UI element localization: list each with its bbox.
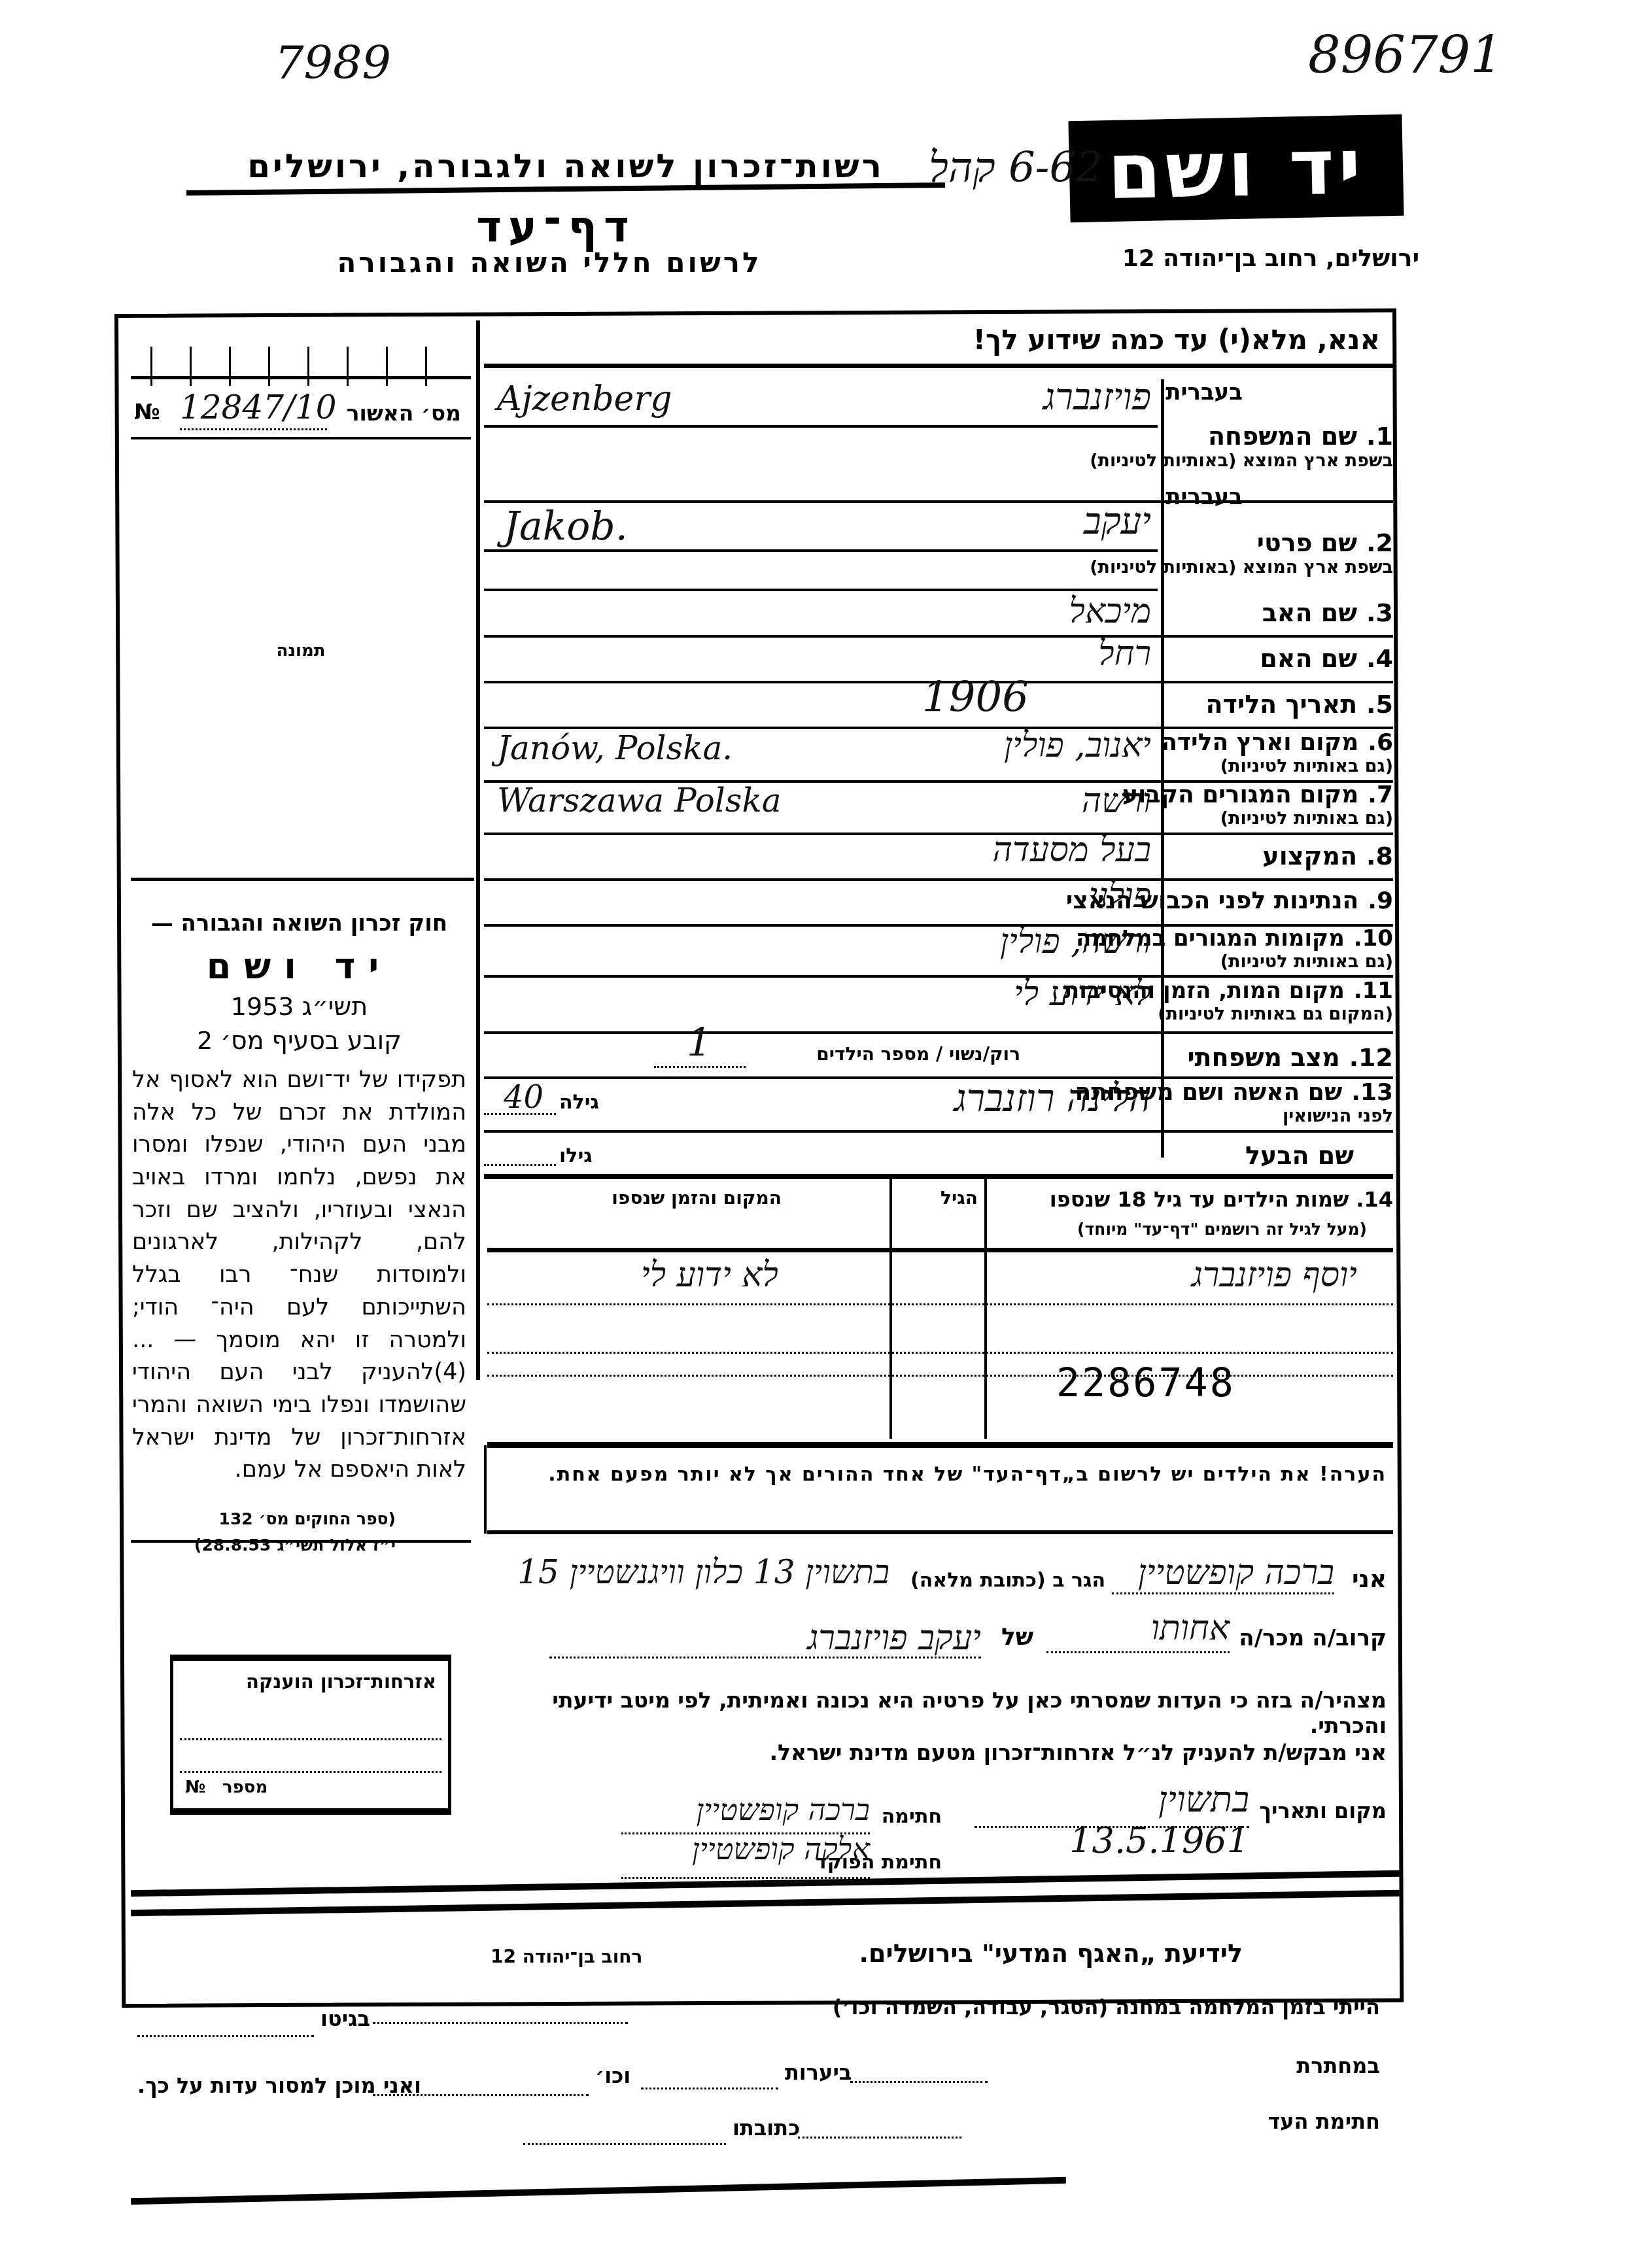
birth-place-latin-value[interactable]: Janów, Polska. — [497, 729, 733, 767]
number-symbol: № — [134, 399, 160, 424]
child-age[interactable] — [896, 1308, 981, 1347]
family-name-hebrew-value[interactable]: פויזנברג — [876, 376, 1151, 419]
ghetto-input[interactable] — [137, 2035, 314, 2037]
hebrew-label: בעברית — [1165, 379, 1243, 405]
info-line-2: במחתרת ביערות וכו׳ ואני מוכן למסור עדות … — [131, 2053, 1380, 2106]
children-header-place: המקום והזמן שנספו — [585, 1187, 782, 1209]
relation-value[interactable]: אחותו — [1046, 1609, 1230, 1648]
witness-signature-input[interactable] — [798, 2137, 961, 2139]
organization-name: רשות־זכרון לשואה ולגבורה, ירושלים — [186, 147, 945, 185]
camp-label: הייתי בזמן המלחמה במחנה (הסגר, עבודה, הש… — [833, 1995, 1380, 2019]
info-heading-row: לידיעת „האגף המדעי" בירושלים. רחוב בן־יה… — [458, 1939, 1243, 1978]
witness-signature-label: חתימת העד — [1268, 2109, 1380, 2134]
mother-name-value[interactable]: רחל — [876, 634, 1151, 674]
citizenship-request: אני מבקש/ת להעניק לנ״ל אזרחות־זכרון מטעם… — [497, 1740, 1387, 1765]
husband-age-label: גילו — [559, 1144, 593, 1167]
hebrew-label: בעברית — [1165, 484, 1243, 510]
law-body: תפקידו של יד־ושם הוא לאסוף אל המולדת את … — [124, 1064, 474, 1486]
divider — [476, 320, 480, 1380]
field-label-profession: 8.המקצוע — [1262, 842, 1393, 870]
witness-address-label: כתובתו — [733, 2116, 800, 2140]
child-name[interactable] — [991, 1308, 1357, 1347]
field-label-husband-name: שם הבעל — [1245, 1141, 1354, 1170]
forests-input[interactable] — [641, 2088, 778, 2089]
divider — [131, 1540, 471, 1543]
official-signature-value[interactable]: אלקה קופשטיין — [595, 1831, 870, 1866]
divider — [484, 364, 1393, 368]
child-name[interactable]: יוסף פויזנברג — [991, 1256, 1357, 1295]
children-row: 2286748 — [487, 1354, 1393, 1403]
field-row-birth-date: 1906 5.תאריך הלידה — [484, 683, 1393, 729]
address-label: הגר ב (כתובת מלאה) — [910, 1569, 1105, 1592]
law-ref-1: (ספר החוקים מס׳ 132 — [124, 1506, 474, 1532]
profession-value[interactable]: בעל מסעדה — [746, 831, 1151, 870]
memorial-box-title: אזרחות־זכרון הוענקה — [173, 1661, 448, 1692]
child-name[interactable]: 2286748 — [1056, 1360, 1235, 1406]
certificate-number-label: מס׳ האשור — [347, 400, 461, 426]
page-title: דף־עד — [392, 201, 719, 252]
certificate-ruler — [150, 327, 458, 379]
field-row-residence: Warszawa Polska ורשה 7.מקום המגורים הקבו… — [484, 782, 1393, 834]
place-date-label: מקום ותאריך — [1260, 1798, 1387, 1823]
handwritten-top-number: 896791 — [1308, 26, 1503, 85]
law-excerpt: חוק זכרון השואה והגבורה — יד ושם תשי״ג 1… — [124, 902, 474, 1558]
witness-address-input[interactable] — [523, 2143, 726, 2145]
child-age[interactable] — [896, 1256, 981, 1295]
wife-age-label: גילה — [559, 1091, 599, 1114]
first-name-latin-value[interactable]: Jakob. — [504, 504, 628, 549]
divider — [131, 2177, 1066, 2205]
field-label-birth-date: 5.תאריך הלידה — [1206, 690, 1394, 719]
field-row-marital-status: 1 רוק/נשוי / מספר הילדים 12.מצב משפחתי — [484, 1033, 1393, 1079]
field-label-first-name: 2.שם פרטי בשפת ארץ המוצא (באותיות לטיניו… — [1090, 528, 1393, 577]
victim-name[interactable]: יעקב פויזנברג — [654, 1619, 981, 1658]
divider — [131, 878, 474, 881]
info-line-1: הייתי בזמן המלחמה במחנה (הסגר, עבודה, הש… — [131, 1995, 1380, 2047]
child-place[interactable] — [553, 1308, 867, 1347]
memorial-citizenship-box: אזרחות־זכרון הוענקה № מספר — [170, 1655, 451, 1815]
info-heading: לידיעת „האגף המדעי" בירושלים. — [859, 1939, 1243, 1968]
forests-label: ביערות — [785, 2060, 852, 2085]
page-subtitle: לרשום חללי השואה והגבורה — [275, 247, 824, 279]
residence-hebrew-value[interactable]: ורשה — [811, 782, 1151, 821]
field-row-father-name: מיכאל 3.שם האב — [484, 592, 1393, 638]
declaration-prefix: אני — [1352, 1566, 1387, 1593]
residence-latin-value[interactable]: Warszawa Polska — [497, 782, 782, 819]
field-label-father-name: 3.שם האב — [1262, 598, 1393, 627]
child-place[interactable]: לא ידוע לי — [553, 1256, 867, 1295]
marital-status-options[interactable]: רוק/נשוי / מספר הילדים — [746, 1043, 1020, 1065]
ghetto-label: בגיטו — [320, 2006, 370, 2031]
number-symbol: № — [185, 1778, 205, 1797]
address: ירושלים, רחוב בן־יהודה 12 — [1046, 245, 1419, 272]
children-header-name: 14. שמות הילדים עד גיל 18 שנספו — [1050, 1187, 1393, 1212]
info-line-3: חתימת העד כתובתו — [131, 2109, 1380, 2161]
camp-input[interactable] — [373, 2022, 628, 2024]
field-row-wartime-residence: ורשה, פולין 10.מקומות המגורים במלחמה (גם… — [484, 925, 1393, 978]
children-table: 14. שמות הילדים עד גיל 18 שנספו (מעל לגי… — [487, 1177, 1393, 1452]
declarant-address[interactable]: בתשוין 13 כלון וויגנשטיין 15 — [314, 1553, 889, 1591]
law-title: חוק זכרון השואה והגבורה — — [124, 910, 474, 936]
law-year: תשי״ג 1953 — [124, 992, 474, 1021]
birth-date-value[interactable]: 1906 — [922, 674, 1029, 722]
declaration-line-1: אני ברכה קופשטיין הגר ב (כתובת מלאה) בתש… — [314, 1553, 1387, 1612]
signature-value[interactable]: ברכה קופשטיין — [621, 1792, 870, 1827]
yad-vashem-logo: יד ושם — [1068, 114, 1404, 223]
birth-place-hebrew-value[interactable]: יאנוב, פולין — [811, 726, 1151, 765]
child-age[interactable] — [896, 1357, 981, 1396]
place-date-row: מקום ותאריך בתשוין 13.5.1961 חתימה ברכה … — [497, 1779, 1387, 1838]
certificate-number-row: № 12847/10 מס׳ האשור — [134, 392, 468, 438]
field-label-citizenship: 9.הנתינות לפני הכבוש הנאצי — [1066, 887, 1393, 914]
children-header-note: (מעל לגיל זה רושמים "דף־עד" מיוחד) — [1077, 1220, 1367, 1239]
underground-input[interactable] — [850, 2081, 988, 2083]
field-row-husband-name: גילו שם הבעל — [484, 1131, 1393, 1177]
field-label-family-name: 1.שם המשפחה בשפת ארץ המוצא (באותיות לטינ… — [1090, 422, 1393, 471]
info-heading-address: רחוב בן־יהודה 12 — [491, 1946, 642, 1967]
field-row-citizenship: פולני 9.הנתינות לפני הכבוש הנאצי — [484, 880, 1393, 925]
handwritten-file-ref: 6-62 קהל — [929, 144, 1103, 192]
father-name-value[interactable]: מיכאל — [876, 592, 1151, 631]
divider — [487, 1530, 1393, 1534]
law-section: קובע בסעיף מס׳ 2 — [124, 1026, 474, 1055]
husband-name-value[interactable] — [700, 1131, 1151, 1171]
handwritten-stamp-number: 7989 — [275, 36, 391, 90]
declaration-line-2: קרוב/ה מכר/ה אחותו של יעקב פויזנברג — [314, 1612, 1387, 1671]
declaration-statement: מצהיר/ה בזה כי העדות שמסרתי כאן על פרטיה… — [497, 1687, 1387, 1738]
field-label-birth-place: 6.מקום וארץ הלידה (גם באותיות לטיניות) — [1161, 729, 1393, 776]
children-row: יוסף פויזנברג לא ידוע לי — [487, 1252, 1393, 1301]
signature-label: חתימה — [882, 1805, 942, 1828]
intro-instruction: אנא, מלא(י) עד כמה שידוע לך! — [804, 324, 1380, 356]
children-count-value[interactable]: 1 — [687, 1020, 712, 1066]
etc-label: וכו׳ — [595, 2063, 630, 2088]
underground-label: במחתרת — [1296, 2053, 1380, 2078]
field-label-wartime-residence: 10.מקומות המגורים במלחמה (גם באותיות לטי… — [1076, 925, 1393, 972]
logo-text: יד ושם — [1107, 127, 1366, 209]
note: הערה! את הילדים יש לרשום ב„דף־העד" של אח… — [484, 1460, 1387, 1490]
divider — [131, 376, 471, 379]
law-name: יד ושם — [124, 946, 474, 987]
relation-label: קרוב/ה מכר/ה — [1239, 1625, 1387, 1651]
children-header-age: הגיל — [893, 1187, 978, 1209]
field-label-death-place: 11.מקום המות, הזמן והנסיבות (המקום גם בא… — [1064, 978, 1393, 1024]
family-name-latin-value[interactable]: Ajzenberg — [497, 379, 672, 419]
children-row — [487, 1305, 1393, 1354]
field-row-death-place: לא ידוע לי 11.מקום המות, הזמן והנסיבות (… — [484, 978, 1393, 1033]
memorial-number-label: מספר — [222, 1778, 267, 1797]
child-place[interactable] — [553, 1357, 867, 1396]
field-row-profession: בעל מסעדה 8.המקצוע — [484, 834, 1393, 880]
field-label-mother-name: 4.שם האם — [1260, 644, 1393, 673]
field-row-family-name: Ajzenberg פויזנברג בעברית 1.שם המשפחה בש… — [484, 369, 1393, 504]
of-label: של — [1001, 1624, 1033, 1651]
certificate-number-value[interactable]: 12847/10 — [180, 388, 337, 426]
declarant-name[interactable]: ברכה קופשטיין — [1112, 1553, 1334, 1592]
field-row-wife-name: 40 גילה הלינה רוזנברג 13.שם האשה ושם משפ… — [484, 1079, 1393, 1131]
wife-age-value[interactable]: 40 — [504, 1079, 543, 1116]
willing-to-testify-label: ואני מוכן למסור עדות על כך. — [137, 2073, 421, 2098]
field-label-wife-name: 13.שם האשה ושם משפחתה לפני הנישואין — [1075, 1079, 1393, 1126]
photo-area[interactable] — [131, 439, 471, 878]
field-label-residence: 7.מקום המגורים הקבוע (גם באותיות לטיניות… — [1122, 782, 1393, 829]
field-label-marital-status: 12.מצב משפחתי — [1187, 1043, 1393, 1072]
field-row-birth-place: Janów, Polska. יאנוב, פולין 6.מקום וארץ … — [484, 729, 1393, 782]
divider — [484, 1445, 487, 1534]
